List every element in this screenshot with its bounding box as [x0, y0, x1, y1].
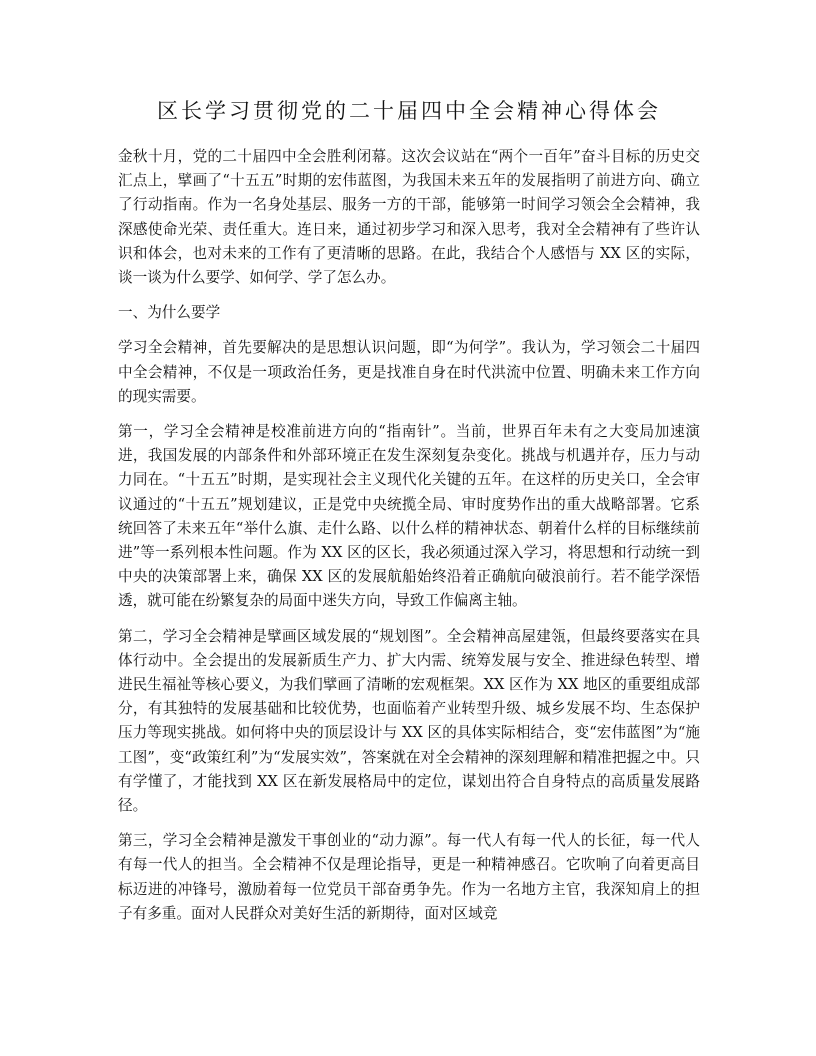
body-paragraph: 第三，学习全会精神是激发干事创业的“动力源”。每一代人有每一代人的长征，每一代人…	[118, 829, 700, 926]
document-title: 区长学习贯彻党的二十届四中全会精神心得体会	[118, 96, 700, 126]
body-paragraph: 第二，学习全会精神是擘画区域发展的“规划图”。全会精神高屋建瓴，但最终要落实在具…	[118, 625, 700, 819]
section-heading: 一、为什么要学	[118, 301, 700, 325]
intro-paragraph: 金秋十月，党的二十届四中全会胜利闭幕。这次会议站在“两个一百年”奋斗目标的历史交…	[118, 145, 700, 290]
document-body: 金秋十月，党的二十届四中全会胜利闭幕。这次会议站在“两个一百年”奋斗目标的历史交…	[118, 145, 700, 937]
body-paragraph: 学习全会精神，首先要解决的是思想认识问题，即“为何学”。我认为，学习领会二十届四…	[118, 336, 700, 409]
body-paragraph: 第一，学习全会精神是校准前进方向的“指南针”。当前，世界百年未有之大变局加速演进…	[118, 420, 700, 614]
